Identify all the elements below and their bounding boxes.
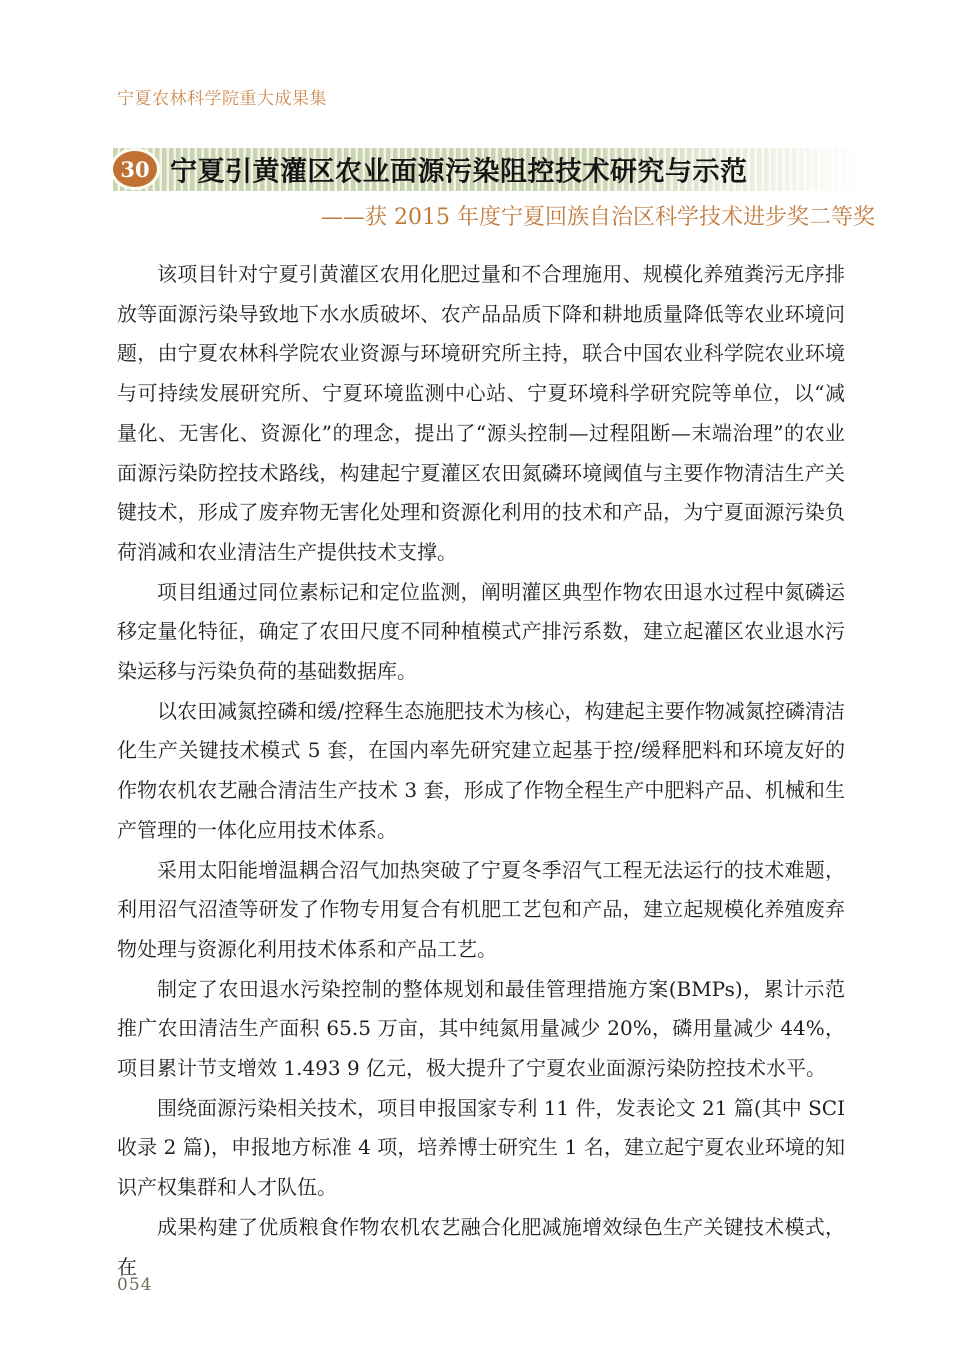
paragraph: 项目组通过同位素标记和定位监测，阐明灌区典型作物农田退水过程中氮磷运移定量化特征… [117, 573, 845, 692]
chapter-number-badge: 30 [110, 148, 160, 190]
award-subtitle: ——获 2015 年度宁夏回族自治区科学技术进步奖二等奖 [117, 200, 875, 231]
paragraph: 制定了农田退水污染控制的整体规划和最佳管理措施方案(BMPs)，累计示范推广农田… [117, 970, 845, 1089]
chapter-title: 宁夏引黄灌区农业面源污染阻控技术研究与示范 [170, 149, 748, 188]
paragraph: 成果构建了优质粮食作物农机农艺融合化肥减施增效绿色生产关键技术模式，在 [117, 1208, 845, 1287]
page-number: 054 [117, 1275, 152, 1295]
book-page: 宁夏农林科学院重大成果集 30 宁夏引黄灌区农业面源污染阻控技术研究与示范 ——… [0, 0, 962, 1361]
chapter-banner: 30 宁夏引黄灌区农业面源污染阻控技术研究与示范 [113, 148, 870, 191]
article-body: 该项目针对宁夏引黄灌区农用化肥过量和不合理施用、规模化养殖粪污无序排放等面源污染… [117, 255, 845, 1287]
paragraph: 采用太阳能增温耦合沼气加热突破了宁夏冬季沼气工程无法运行的技术难题，利用沼气沼渣… [117, 851, 845, 970]
paragraph: 围绕面源污染相关技术，项目申报国家专利 11 件，发表论文 21 篇(其中 SC… [117, 1089, 845, 1208]
paragraph: 该项目针对宁夏引黄灌区农用化肥过量和不合理施用、规模化养殖粪污无序排放等面源污染… [117, 255, 845, 573]
running-head: 宁夏农林科学院重大成果集 [117, 84, 327, 109]
paragraph: 以农田减氮控磷和缓/控释生态施肥技术为核心，构建起主要作物减氮控磷清洁化生产关键… [117, 692, 845, 851]
